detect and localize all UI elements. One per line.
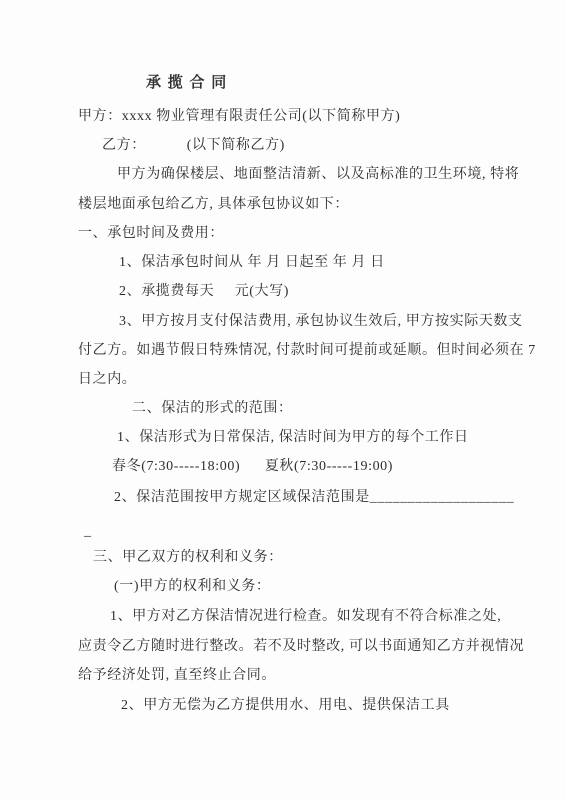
section-1-item-1: 1、保洁承包时间从 年 月 日起至 年 月 日	[119, 253, 385, 272]
section-2-schedule: 春冬(7:30-----18:00) 夏秋(7:30-----19:00)	[112, 457, 393, 476]
section-2-item-2-blank-line: 2、保洁范围按甲方规定区域保洁范围是___________________	[114, 488, 514, 507]
preamble-line-1: 甲方为确保楼层、地面整洁清新、以及高标准的卫生环境, 特将	[117, 165, 519, 184]
section-3-item-1-line-3: 给予经济处罚, 直至终止合同。	[78, 666, 276, 685]
section-1-item-3-line-1: 3、甲方按月支付保洁费用, 承包协议生效后, 甲方按实际天数支	[119, 312, 523, 331]
section-3-item-1-line-2: 应责令乙方随时进行整改。若不及时整改, 可以书面通知乙方并视情况	[78, 637, 524, 656]
section-3-item-2: 2、甲方无偿为乙方提供用水、用电、提供保洁工具	[121, 696, 450, 715]
section-1-item-2: 2、承揽费每天 元(大写)	[119, 282, 289, 301]
section-2-item-1: 1、保洁形式为日常保洁, 保洁时间为甲方的每个工作日	[117, 428, 469, 447]
preamble-line-2: 楼层地面承包给乙方, 具体承包协议如下：	[78, 195, 349, 214]
party-b-line: 乙方： (以下简称乙方)	[102, 136, 285, 155]
section-3-subheading: (一)甲方的权利和义务：	[114, 577, 271, 596]
section-2-heading: 二、保洁的形式的范围：	[132, 399, 293, 418]
party-a-line: 甲方：xxxx 物业管理有限责任公司(以下简称甲方)	[78, 107, 400, 126]
section-3-heading: 三、甲乙双方的权利和义务：	[93, 548, 283, 567]
contract-document-page: 承 揽 合 同 甲方：xxxx 物业管理有限责任公司(以下简称甲方) 乙方： (…	[0, 0, 566, 800]
section-1-item-3-line-2: 付乙方。如遇节假日特殊情况, 付款时间可提前或延顺。但时间必须在 7	[78, 341, 536, 360]
section-3-item-1-line-1: 1、甲方对乙方保洁情况进行检查。如发现有不符合标准之处,	[110, 607, 501, 626]
contract-title: 承 揽 合 同	[146, 74, 228, 93]
section-1-heading: 一、承包时间及费用：	[78, 224, 224, 243]
section-1-item-3-line-3: 日之内。	[78, 370, 136, 389]
section-2-item-2-blank-continuation: _	[84, 522, 92, 541]
